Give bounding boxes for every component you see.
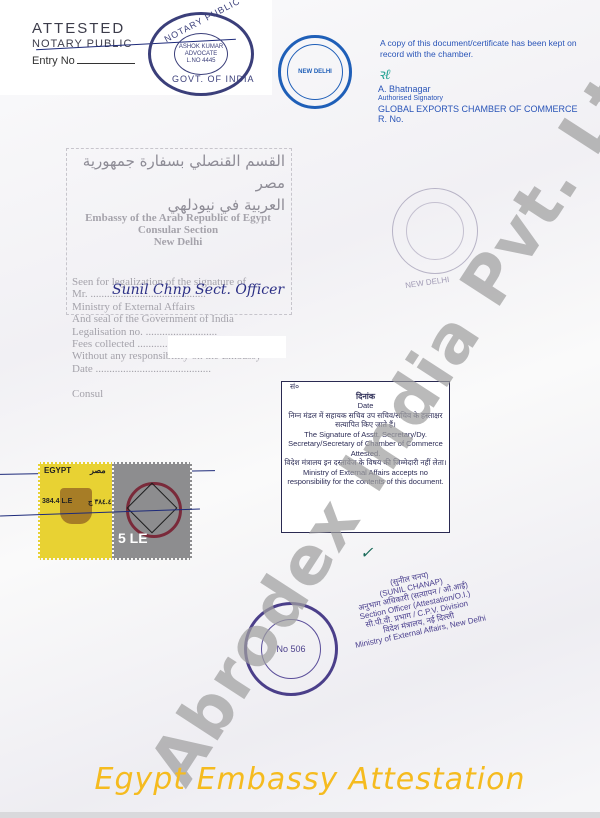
notary-stamp-bottom: GOVT. OF INDIA: [172, 74, 255, 84]
officer-stamp: (सुनील चनप) (SUNIL CHANAP) अनुभाग अधिकार…: [335, 559, 495, 652]
entry-label: Entry No: [32, 55, 75, 67]
notary-stamp-inner: ASHOK KUMARADVOCATEL.NO 4445: [174, 33, 228, 75]
attested-label: ATTESTED: [32, 20, 125, 37]
handwritten-name: Sunil Chnp Sect. Officer: [112, 282, 284, 298]
entry-line: [77, 63, 135, 64]
chamber-copy-note: A copy of this document/certificate has …: [380, 38, 590, 60]
page-caption: Egypt Embassy Attestation: [40, 762, 580, 797]
chamber-signature: ꝛℓ: [378, 65, 390, 84]
bottom-border: [0, 812, 600, 818]
eagle-emblem-icon: [60, 488, 92, 524]
chamber-stamp-ring: [287, 44, 343, 100]
entry-number: Entry No: [32, 55, 135, 67]
redaction-box: [168, 336, 286, 358]
embassy-seal-emblem: [406, 202, 464, 260]
attestation-document: ATTESTED NOTARY PUBLIC Entry No ASHOK KU…: [0, 0, 600, 818]
embassy-heading: Embassy of the Arab Republic of Egypt Co…: [66, 212, 290, 248]
embassy-arabic-heading: القسم القنصلي بسفارة جمهورية مصر العربية…: [70, 150, 285, 216]
chamber-stamp: NEW DELHI: [278, 35, 352, 109]
